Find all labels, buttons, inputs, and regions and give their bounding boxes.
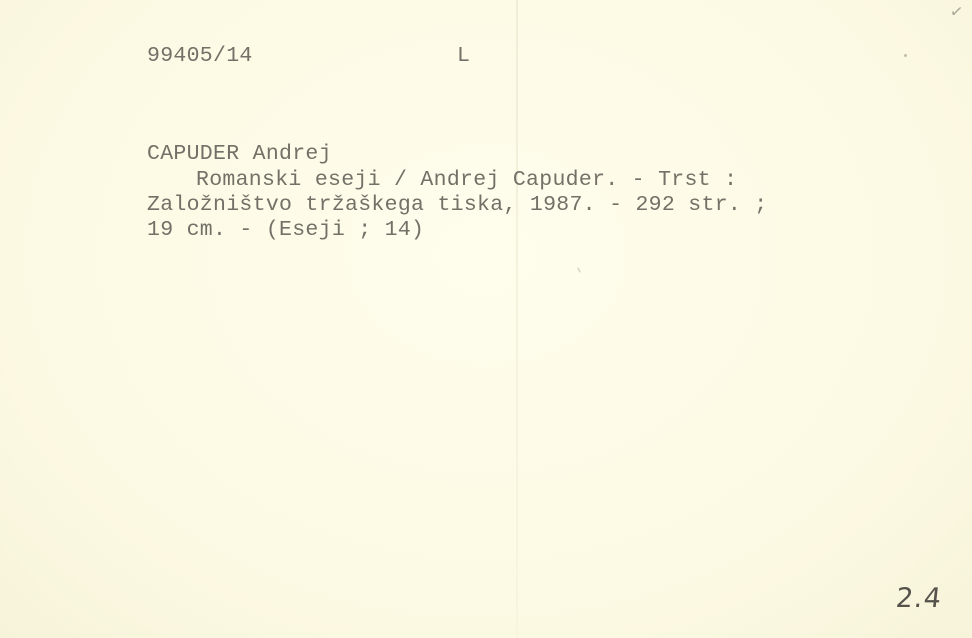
location-mark: L bbox=[457, 43, 470, 69]
paper-speck bbox=[904, 54, 907, 57]
call-number: 99405/14 bbox=[147, 43, 253, 69]
check-mark-icon: ✓ bbox=[949, 1, 965, 22]
paper-speck bbox=[577, 267, 582, 273]
handwritten-number: 2.4 bbox=[894, 583, 943, 614]
card-fold-line bbox=[516, 0, 518, 638]
imprint-statement: Založništvo tržaškega tiska, 1987. - 292… bbox=[147, 192, 768, 218]
catalog-card: 99405/14 L CAPUDER Andrej Romanski eseji… bbox=[0, 0, 972, 638]
series-statement: 19 cm. - (Eseji ; 14) bbox=[147, 217, 424, 243]
author-heading: CAPUDER Andrej bbox=[147, 141, 332, 167]
title-statement: Romanski eseji / Andrej Capuder. - Trst … bbox=[196, 167, 737, 193]
